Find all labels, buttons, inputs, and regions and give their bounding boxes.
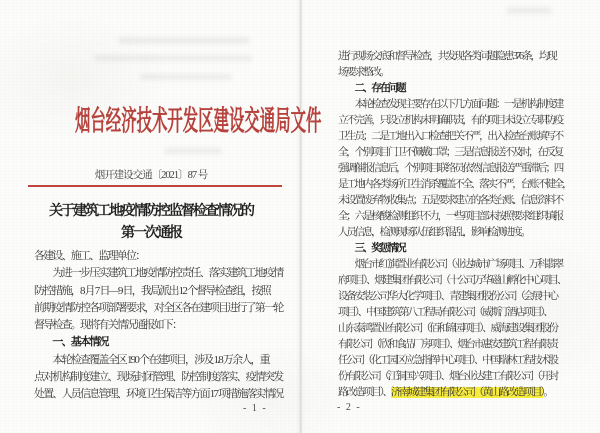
- bleed-through-artifact: [94, 55, 252, 61]
- text-line: 份有限公司（江铜国兴项目）、烟台业达建工有限公司（开封: [338, 369, 570, 385]
- text-line: 二、存在问题: [338, 81, 570, 97]
- text-line: 全；六是核酸检测组织不力，一些项目部未按照要求组织填报: [338, 209, 570, 225]
- text-line: 本轮检查发现主要存在以下几方面问题：一是机构制度建: [338, 97, 570, 113]
- text-line: 有限公司（欣和食品厂房项目）、烟台市惠安建筑工程有限责: [338, 337, 570, 353]
- text-line: 督导检查。现将有关情况通报如下：: [34, 317, 283, 334]
- text-line: 处置、人员信息管理、环境卫生保洁等方面 17 项措施落实情况: [34, 386, 283, 403]
- page-number-1: - 1 -: [243, 403, 267, 414]
- text-line: 各建设、施工、监理单位：: [34, 248, 283, 265]
- text-line: 防控措施，8 月 7 日—9 日，我局派出 12 个督导检查组，按照: [34, 283, 283, 300]
- text-line: 路改造项目）、济南城建集团有限公司（黄山路改造项目）。: [338, 385, 570, 401]
- text-line: 为进一步压实建筑工地疫情防控责任、落实建筑工地疫情: [34, 265, 283, 282]
- text-line: 立不完善，只设立机构未明确职责，有的项目未设立专职防疫: [338, 113, 570, 129]
- text-line: 任公司（化工园区应急指挥中心项目）、中国瑞林工程技术股: [338, 353, 570, 369]
- bleed-through-artifact: [140, 74, 232, 80]
- scanned-document: 烟台经济技术开发区建设交通局文件 烟开建设交通〔2021〕87 号 关于建筑工地…: [0, 0, 600, 433]
- page-seam: [296, 0, 305, 433]
- notice-title-line1: 关于建筑工地疫情防控监督检查情况的: [20, 201, 282, 223]
- bleed-through-artifact: [164, 148, 222, 154]
- text-line: 烟台市红旗置业有限公司（业达城市广场项目、万科翡翠: [338, 257, 570, 273]
- text-line: 人员信息，检测现场队伍组织混乱，影响检测进度。: [338, 225, 570, 241]
- right-page-body: 进行现场交底和督导检查，共发现各类问题隐患 376 条，均现场要求整改。 二、存…: [338, 49, 570, 401]
- text-line: 强调催报信息后，个别项目联络员依然信息报送严重滞后；四: [338, 161, 570, 177]
- red-separator-rule: [28, 185, 282, 187]
- text-line: 前期疫情防控各项部署要求，对全区各在建项目进行了第一轮: [34, 300, 283, 317]
- text-line: 本轮检查覆盖全区 190 个在建项目，涉及 1.8 万余人，重: [34, 352, 283, 369]
- text-line: 府项目）、烟建集团有限公司（十公司万华磁山孵化中心项目、: [338, 273, 570, 289]
- text-line: 山东泰鸿置业有限公司（佰和锦园项目）、威海建设集团股份: [338, 321, 570, 337]
- text-line: 卫生员；二是工地出入口检查把关不严，出入检查台账填写不: [338, 129, 570, 145]
- notice-title-line2: 第一次通报: [20, 223, 282, 245]
- text-line: 是工地内各类场所卫生消杀覆盖不全、落实不严，台账不健全，: [338, 177, 570, 193]
- notice-title: 关于建筑工地疫情防控监督检查情况的 第一次通报: [20, 201, 282, 245]
- highlighted-text: 济南城建集团有限公司（黄山路改造项目）: [391, 387, 543, 398]
- text-line: 三、奖惩情况: [338, 241, 570, 257]
- left-page-body: 各建设、施工、监理单位： 为进一步压实建筑工地疫情防控责任、落实建筑工地疫情防控…: [34, 248, 283, 404]
- text-line: 点对机构制度建立、现场封闭管理、防控制度落实、疫情突发: [34, 369, 283, 386]
- text-line: 未设置废弃物收集点；五是要求建立的各类台账、信息资料不: [338, 193, 570, 209]
- document-number: 烟开建设交通〔2021〕87 号: [20, 167, 282, 182]
- text-line: 场要求整改。: [338, 65, 570, 81]
- bleed-through-artifact: [506, 7, 552, 14]
- text-line: 项目）、中国建筑第八工程局有限公司（威斯汀酒店项目）、: [338, 305, 570, 321]
- text-line: 进行现场交底和督导检查，共发现各类问题隐患 376 条，均现: [338, 49, 570, 65]
- text-line: 全，个别项目门卫不佩戴口罩；三是信息报送不及时，在反复: [338, 145, 570, 161]
- letterhead-title: 烟台经济技术开发区建设交通局文件: [75, 99, 229, 137]
- text-line: 一、基本情况: [34, 334, 283, 351]
- text-line: 设备安装公司华大化学项目）、青建集团股份公司（会展中心: [338, 289, 570, 305]
- page-number-2: - 2 -: [337, 402, 361, 413]
- bleed-through-artifact: [118, 37, 250, 44]
